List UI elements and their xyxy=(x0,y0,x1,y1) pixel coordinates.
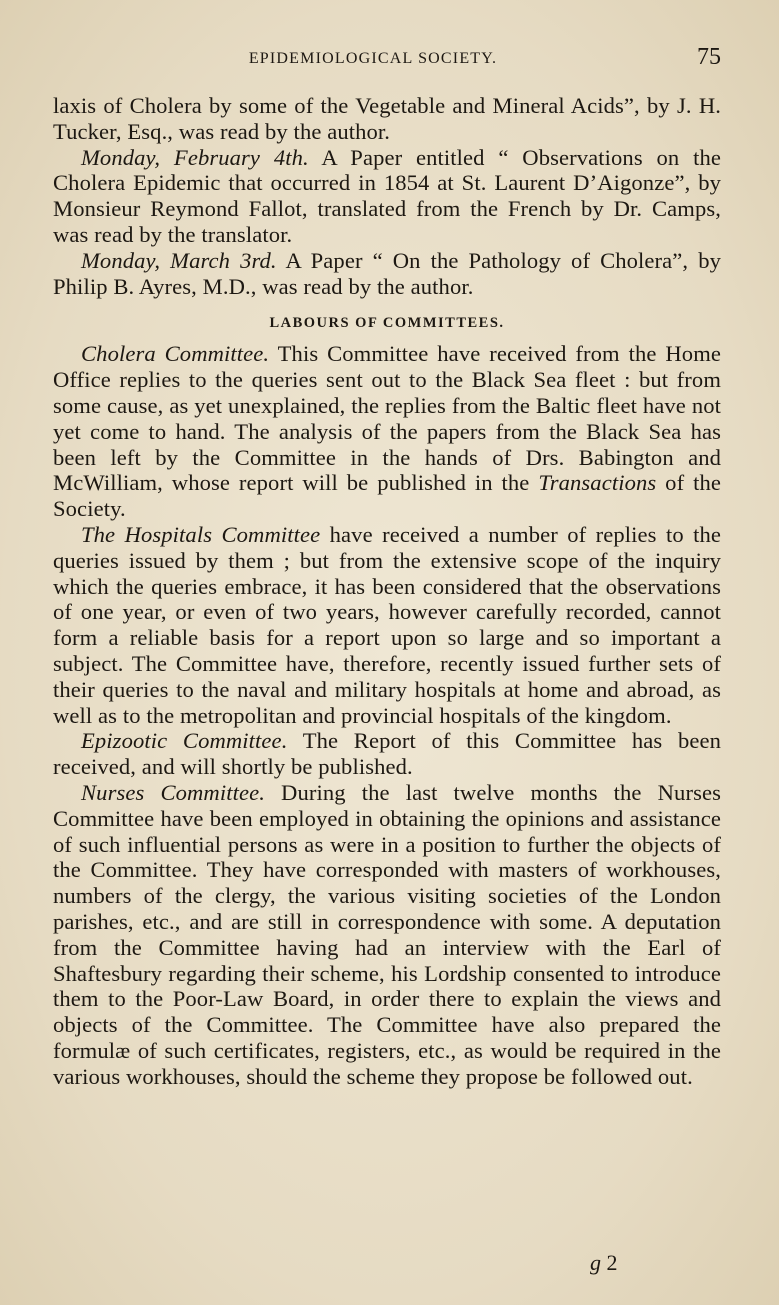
paragraph-march-meeting: Monday, March 3rd. A Paper “ On the Path… xyxy=(53,248,721,300)
paragraph-hospitals-committee: The Hospitals Committee have received a … xyxy=(53,522,721,728)
committee-title: Cholera Committee. xyxy=(81,341,269,366)
meeting-date: Monday, February 4th. xyxy=(81,145,309,170)
paragraph-nurses-committee: Nurses Committee. During the last twelve… xyxy=(53,780,721,1090)
running-title: EPIDEMIOLOGICAL SOCIETY. xyxy=(53,50,693,68)
committee-title: Nurses Committee. xyxy=(81,780,265,805)
paragraph-text: have received a number of replies to the… xyxy=(53,522,721,728)
paragraph-continuation: laxis of Cholera by some of the Vegetabl… xyxy=(53,93,721,145)
signature-number: 2 xyxy=(607,1250,618,1275)
paragraph-epizootic-committee: Epizootic Committee. The Report of this … xyxy=(53,728,721,780)
publication-title: Transactions xyxy=(538,470,656,495)
signature-letter: g xyxy=(590,1250,601,1275)
paragraph-feb-meeting: Monday, February 4th. A Paper entitled “… xyxy=(53,145,721,248)
paragraph-text: laxis of Cholera by some of the Vegetabl… xyxy=(53,93,721,144)
signature-mark: g 2 xyxy=(590,1250,618,1276)
section-heading: LABOURS OF COMMITTEES. xyxy=(53,313,721,333)
committee-title: The Hospitals Committee xyxy=(81,522,320,547)
running-head: EPIDEMIOLOGICAL SOCIETY. 75 xyxy=(53,44,721,74)
meeting-date: Monday, March 3rd. xyxy=(81,248,277,273)
paragraph-cholera-committee: Cholera Committee. This Committee have r… xyxy=(53,341,721,522)
body-text: laxis of Cholera by some of the Vegetabl… xyxy=(53,93,721,1089)
paragraph-text: During the last twelve months the Nurses… xyxy=(53,780,721,1089)
committee-title: Epizootic Committee. xyxy=(81,728,287,753)
page-number: 75 xyxy=(697,44,721,71)
